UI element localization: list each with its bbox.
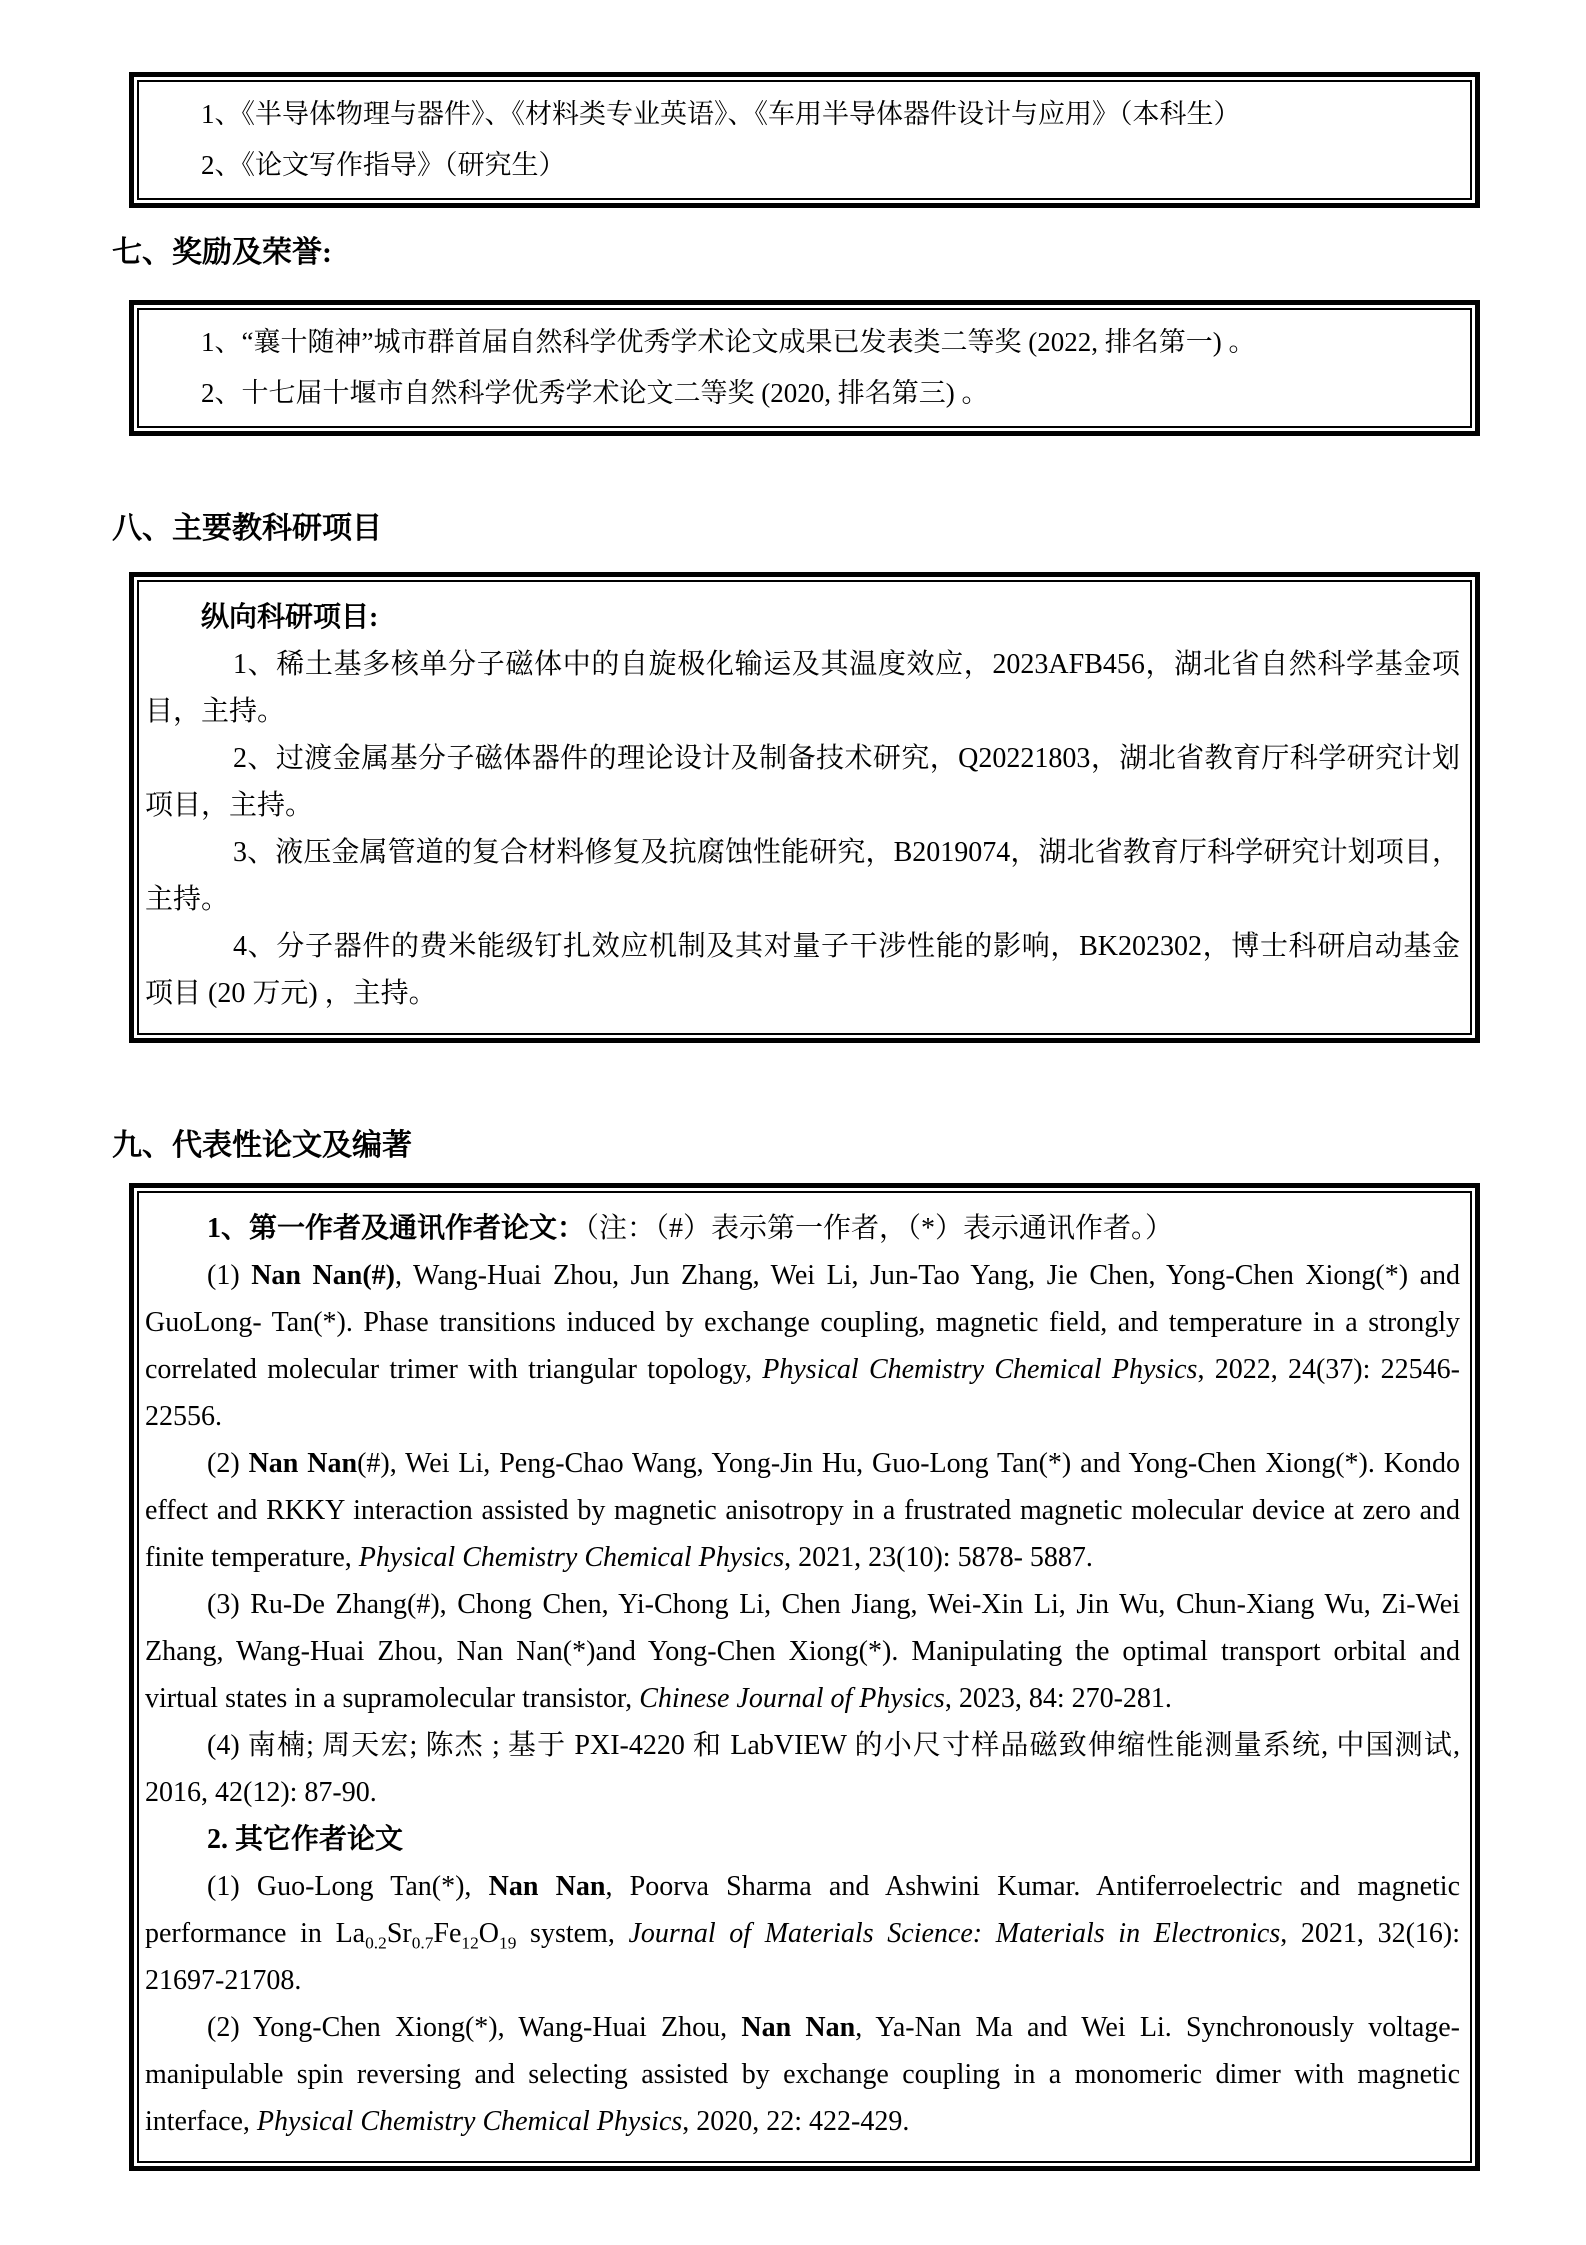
other-author-paper-2: (2) Yong-Chen Xiong(*), Wang-Huai Zhou, …: [145, 2004, 1460, 2145]
text-segment: system,: [516, 1918, 628, 1949]
section-heading-papers: 九、代表性论文及编著: [112, 1129, 1586, 1163]
text-segment: 19: [499, 1934, 516, 1953]
project-item-2: 2、过渡金属基分子磁体器件的理论设计及制备技术研究，Q20221803，湖北省教…: [145, 735, 1460, 829]
text-segment: Fe: [433, 1918, 461, 1949]
text-segment: , 2021, 23(10): 5878- 5887.: [784, 1542, 1093, 1573]
award-item-1: 1、“襄十随神”城市群首届自然科学优秀学术论文成果已发表类二等奖 (2022, …: [139, 317, 1458, 368]
project-item-3: 3、液压金属管道的复合材料修复及抗腐蚀性能研究，B2019074，湖北省教育厅科…: [145, 829, 1460, 923]
awards-box: 1、“襄十随神”城市群首届自然科学优秀学术论文成果已发表类二等奖 (2022, …: [129, 300, 1480, 436]
project-item-1: 1、稀土基多核单分子磁体中的自旋极化输运及其温度效应，2023AFB456，湖北…: [145, 641, 1460, 735]
text-segment: , 2023, 84: 270-281.: [945, 1683, 1172, 1714]
course-item-2: 2、《论文写作指导》（研究生）: [139, 140, 1458, 191]
text-segment: Physical Chemistry Chemical Physics: [762, 1354, 1197, 1385]
text-segment: 0.2: [365, 1934, 387, 1953]
papers-box: 1、第一作者及通讯作者论文：（注：（#）表示第一作者，（*）表示通讯作者。） (…: [129, 1183, 1480, 2171]
first-author-papers-label: 1、第一作者及通讯作者论文：（注：（#）表示第一作者，（*）表示通讯作者。）: [145, 1205, 1460, 1252]
course-item-1: 1、《半导体物理与器件》、《材料类专业英语》、《车用半导体器件设计与应用》（本科…: [139, 89, 1458, 140]
text-segment: Journal of Materials Science: Materials …: [629, 1918, 1281, 1949]
first-author-paper-1: (1) Nan Nan(#), Wang-Huai Zhou, Jun Zhan…: [145, 1252, 1460, 1440]
other-author-papers-label: 2. 其它作者论文: [145, 1816, 1460, 1863]
text-segment: Nan Nan: [741, 2012, 855, 2043]
text-segment: Nan Nan(#): [251, 1260, 395, 1291]
award-item-2: 2、十七届十堰市自然科学优秀学术论文二等奖 (2020, 排名第三) 。: [139, 368, 1458, 419]
text-segment: 12: [461, 1934, 478, 1953]
first-author-paper-2: (2) Nan Nan(#), Wei Li, Peng-Chao Wang, …: [145, 1440, 1460, 1581]
text-segment: , 2020, 22: 422-429.: [682, 2106, 909, 2137]
teaching-courses-box-inner: 1、《半导体物理与器件》、《材料类专业英语》、《车用半导体器件设计与应用》（本科…: [137, 80, 1472, 200]
text-segment: (2) Yong-Chen Xiong(*), Wang-Huai Zhou,: [207, 2012, 741, 2043]
projects-subheading: 纵向科研项目:: [145, 594, 1460, 641]
text-segment: (2): [207, 1448, 249, 1479]
text-segment: (1) Guo-Long Tan(*),: [207, 1871, 489, 1902]
text-segment: (1): [207, 1260, 251, 1291]
text-segment: 1、第一作者及通讯作者论文：: [207, 1213, 585, 1244]
text-segment: Chinese Journal of Physics: [639, 1683, 945, 1714]
text-segment: Physical Chemistry Chemical Physics: [257, 2106, 682, 2137]
awards-box-inner: 1、“襄十随神”城市群首届自然科学优秀学术论文成果已发表类二等奖 (2022, …: [137, 308, 1472, 428]
text-segment: (4) 南楠; 周天宏; 陈杰 ; 基于 PXI-4220 和 LabVIEW …: [145, 1730, 1460, 1808]
text-segment: Nan Nan: [249, 1448, 358, 1479]
text-segment: Nan Nan: [489, 1871, 606, 1902]
teaching-courses-box: 1、《半导体物理与器件》、《材料类专业英语》、《车用半导体器件设计与应用》（本科…: [129, 72, 1480, 208]
text-segment: Sr: [387, 1918, 412, 1949]
project-item-4: 4、分子器件的费米能级钉扎效应机制及其对量子干涉性能的影响，BK202302，博…: [145, 923, 1460, 1017]
text-segment: O: [479, 1918, 499, 1949]
projects-box: 纵向科研项目: 1、稀土基多核单分子磁体中的自旋极化输运及其温度效应，2023A…: [129, 572, 1480, 1043]
projects-box-inner: 纵向科研项目: 1、稀土基多核单分子磁体中的自旋极化输运及其温度效应，2023A…: [137, 580, 1472, 1035]
resume-document-page: 1、《半导体物理与器件》、《材料类专业英语》、《车用半导体器件设计与应用》（本科…: [0, 0, 1586, 2245]
text-segment: Physical Chemistry Chemical Physics: [359, 1542, 784, 1573]
text-segment: （注：（#）表示第一作者，（*）表示通讯作者。）: [585, 1213, 1173, 1244]
first-author-paper-4: (4) 南楠; 周天宏; 陈杰 ; 基于 PXI-4220 和 LabVIEW …: [145, 1722, 1460, 1816]
section-heading-awards: 七、奖励及荣誉:: [112, 236, 1586, 270]
section-heading-projects: 八、主要教科研项目: [112, 512, 1586, 546]
first-author-paper-3: (3) Ru-De Zhang(#), Chong Chen, Yi-Chong…: [145, 1581, 1460, 1722]
papers-box-inner: 1、第一作者及通讯作者论文：（注：（#）表示第一作者，（*）表示通讯作者。） (…: [137, 1191, 1472, 2163]
other-author-paper-1: (1) Guo-Long Tan(*), Nan Nan, Poorva Sha…: [145, 1863, 1460, 2004]
text-segment: 0.7: [412, 1934, 434, 1953]
